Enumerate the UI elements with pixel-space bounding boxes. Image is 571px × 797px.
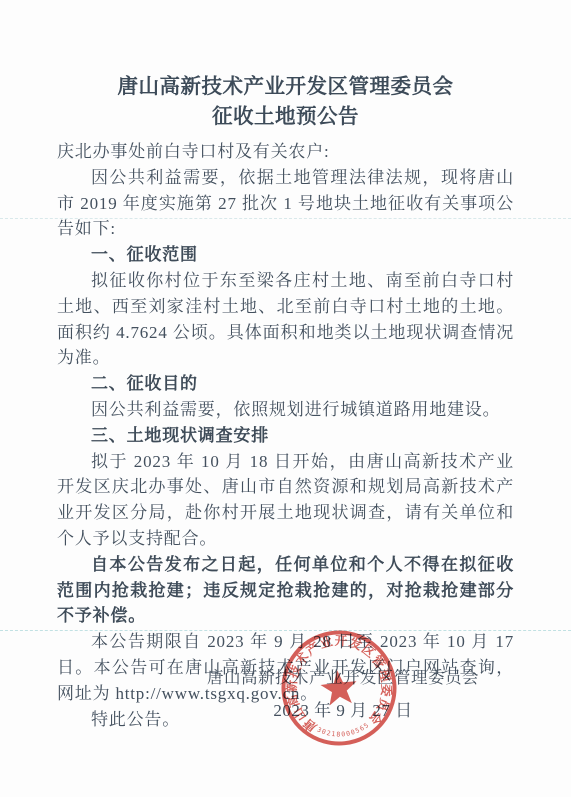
title-line-1: 唐山高新技术产业开发区管理委员会 — [0, 72, 571, 102]
section-2-heading: 二、征收目的 — [57, 371, 514, 397]
signature-org: 唐山高新技术产业开发区管理委员会 — [207, 666, 479, 690]
section-2-paragraph: 因公共利益需要，依照规划进行城镇道路用地建设。 — [57, 397, 514, 423]
section-1-paragraph: 拟征收你村位于东至梁各庄村土地、南至前白寺口村土地、西至刘家洼村土地、北至前白寺… — [57, 268, 514, 371]
signature-date: 2023 年 9 月 27 日 — [207, 699, 479, 723]
document-title: 唐山高新技术产业开发区管理委员会 征收土地预公告 — [0, 72, 571, 132]
signature-block: 唐山高新技术产业开发区管理委员会 2023 年 9 月 27 日 — [207, 666, 479, 723]
salutation: 庆北办事处前白寺口村及有关农户: — [57, 139, 514, 165]
section-1-heading: 一、征收范围 — [57, 242, 514, 268]
title-line-2: 征收土地预公告 — [0, 102, 571, 132]
announcement-document: 唐山高新技术产业开发区管理委员会 征收土地预公告 庆北办事处前白寺口村及有关农户… — [0, 0, 571, 797]
section-3-heading: 三、土地现状调查安排 — [57, 423, 514, 449]
section-3-paragraph: 拟于 2023 年 10 月 18 日开始，由唐山高新技术产业开发区庆北办事处、… — [57, 449, 514, 552]
paragraph-intro: 因公共利益需要，依据土地管理法律法规，现将唐山市 2019 年度实施第 27 批… — [57, 165, 514, 242]
document-body: 庆北办事处前白寺口村及有关农户: 因公共利益需要，依据土地管理法律法规，现将唐山… — [57, 139, 514, 732]
warning-paragraph: 自本公告发布之日起，任何单位和个人不得在拟征收范围内抢栽抢建；违反规定抢栽抢建的… — [57, 552, 514, 629]
